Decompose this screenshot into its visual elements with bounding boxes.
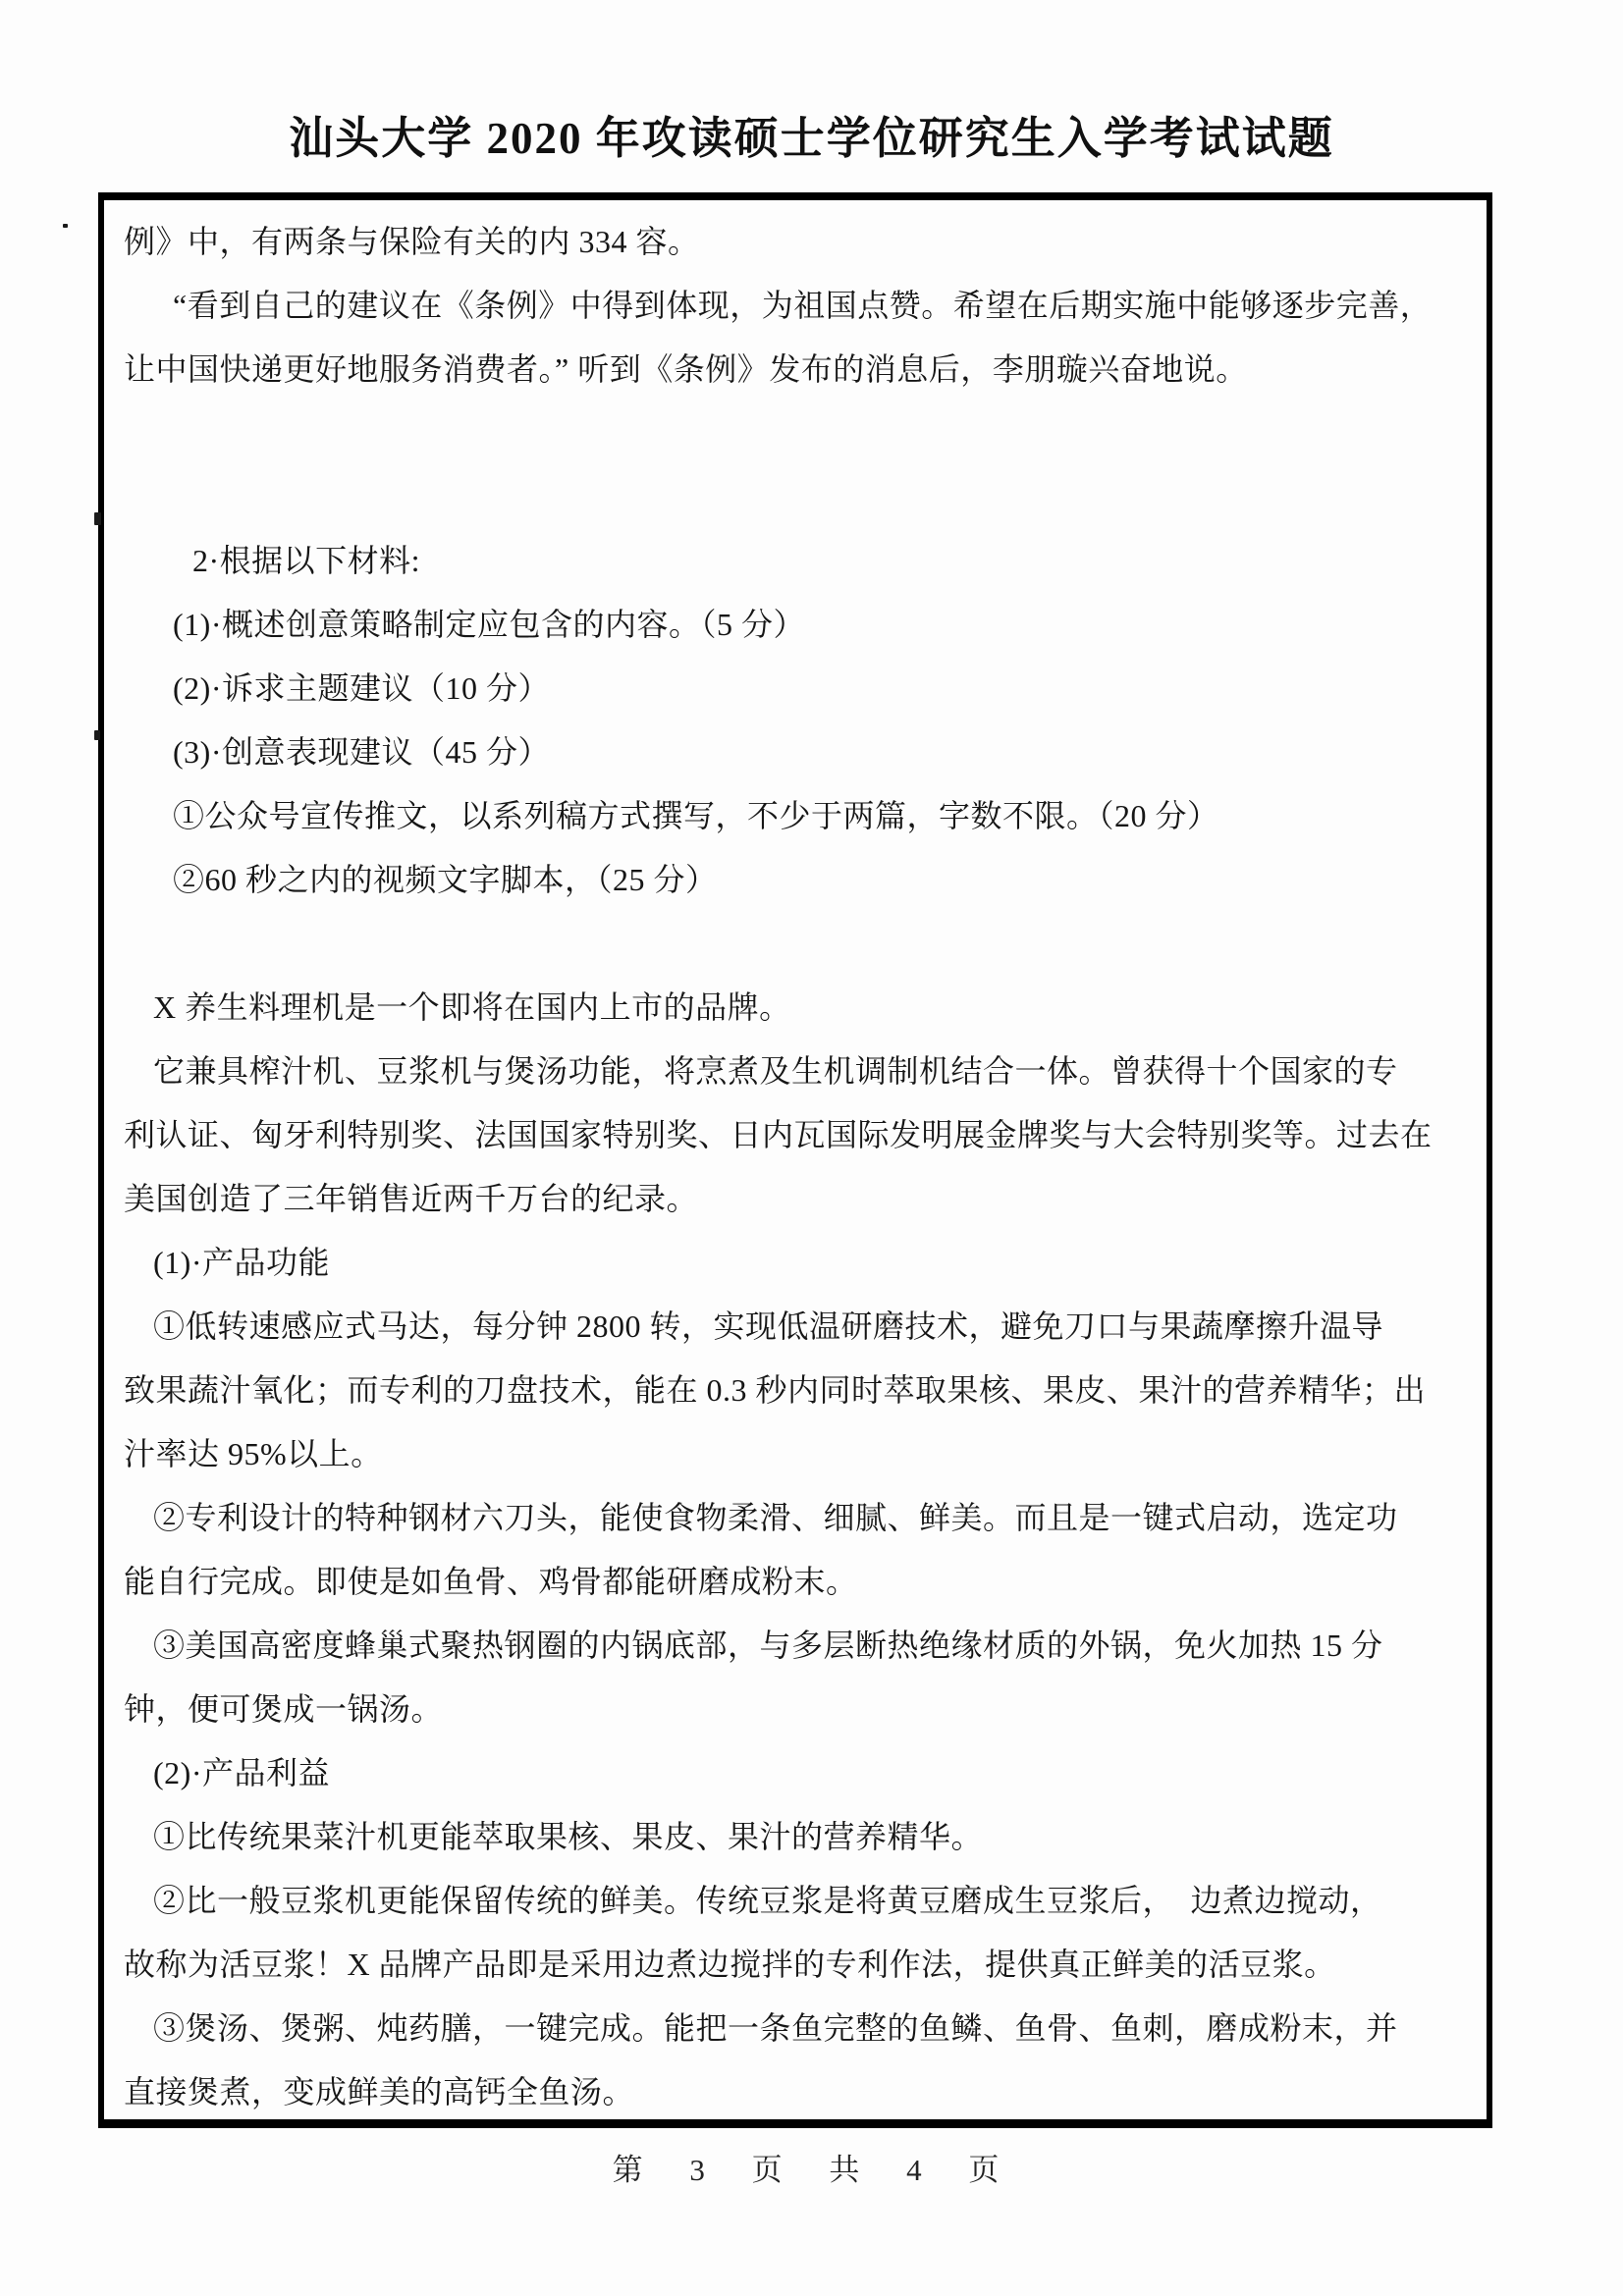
text-line: 让中国快递更好地服务消费者。” 听到《条例》发布的消息后，李朋璇兴奋地说。 bbox=[124, 338, 1469, 401]
text-line: 致果蔬汁氧化；而专利的刀盘技术，能在 0.3 秒内同时萃取果核、果皮、果汁的营养… bbox=[124, 1359, 1469, 1422]
text-line: 美国创造了三年销售近两千万台的纪录。 bbox=[124, 1167, 1469, 1231]
text-line: ③美国高密度蜂巢式聚热钢圈的内锅底部，与多层断热绝缘材质的外锅，免火加热 15 … bbox=[124, 1614, 1469, 1678]
text-line: (1)·概述创意策略制定应包含的内容。（5 分） bbox=[124, 593, 1469, 657]
text-line: 2·根据以下材料: bbox=[124, 529, 1469, 593]
text-line: ①低转速感应式马达，每分钟 2800 转，实现低温研磨技术，避免刀口与果蔬摩擦升… bbox=[124, 1295, 1469, 1359]
page-number-footer: 第 3 页 共 4 页 bbox=[0, 2145, 1623, 2189]
text-line: 直接煲煮，变成鲜美的高钙全鱼汤。 bbox=[124, 2060, 1469, 2124]
exam-content-box: 例》中，有两条与保险有关的内 334 容。“看到自己的建议在《条例》中得到体现，… bbox=[98, 192, 1492, 2128]
text-line: ①公众号宣传推文，以系列稿方式撰写，不少于两篇，字数不限。（20 分） bbox=[124, 784, 1469, 848]
text-line: ②60 秒之内的视频文字脚本，（25 分） bbox=[124, 848, 1469, 912]
scan-artifact bbox=[94, 512, 101, 525]
text-line: ②比一般豆浆机更能保留传统的鲜美。传统豆浆是将黄豆磨成生豆浆后， 边煮边搅动， bbox=[124, 1869, 1469, 1933]
text-line: “看到自己的建议在《条例》中得到体现，为祖国点赞。希望在后期实施中能够逐步完善， bbox=[124, 274, 1469, 338]
scan-artifact bbox=[94, 730, 100, 740]
blank-line bbox=[124, 401, 1469, 465]
text-line: ②专利设计的特种钢材六刀头，能使食物柔滑、细腻、鲜美。而且是一键式启动，选定功 bbox=[124, 1486, 1469, 1550]
page-title: 汕头大学 2020 年攻读硕士学位研究生入学考试试题 bbox=[0, 102, 1623, 166]
scan-artifact bbox=[63, 224, 68, 228]
text-line: (3)·创意表现建议（45 分） bbox=[124, 721, 1469, 784]
text-line: 故称为活豆浆！X 品牌产品即是采用边煮边搅拌的专利作法，提供真正鲜美的活豆浆。 bbox=[124, 1933, 1469, 1997]
exam-page: 汕头大学 2020 年攻读硕士学位研究生入学考试试题 例》中，有两条与保险有关的… bbox=[0, 0, 1623, 2296]
text-line: 例》中，有两条与保险有关的内 334 容。 bbox=[124, 210, 1469, 274]
text-line: 汁率达 95%以上。 bbox=[124, 1422, 1469, 1486]
blank-line bbox=[124, 465, 1469, 529]
text-line: 能自行完成。即使是如鱼骨、鸡骨都能研磨成粉末。 bbox=[124, 1550, 1469, 1614]
blank-line bbox=[124, 912, 1469, 976]
text-line: (2)·产品利益 bbox=[124, 1741, 1469, 1805]
text-line: X 养生料理机是一个即将在国内上市的品牌。 bbox=[124, 976, 1469, 1040]
text-line: 它兼具榨汁机、豆浆机与煲汤功能，将烹煮及生机调制机结合一体。曾获得十个国家的专 bbox=[124, 1040, 1469, 1103]
text-line: ①比传统果菜汁机更能萃取果核、果皮、果汁的营养精华。 bbox=[124, 1805, 1469, 1869]
text-line: 钟，便可煲成一锅汤。 bbox=[124, 1678, 1469, 1741]
text-line: (2)·诉求主题建议（10 分） bbox=[124, 657, 1469, 721]
text-line: (1)·产品功能 bbox=[124, 1231, 1469, 1295]
text-line: 利认证、匈牙利特别奖、法国国家特别奖、日内瓦国际发明展金牌奖与大会特别奖等。过去… bbox=[124, 1103, 1469, 1167]
text-line: ③煲汤、煲粥、炖药膳，一键完成。能把一条鱼完整的鱼鳞、鱼骨、鱼刺，磨成粉末，并 bbox=[124, 1997, 1469, 2060]
